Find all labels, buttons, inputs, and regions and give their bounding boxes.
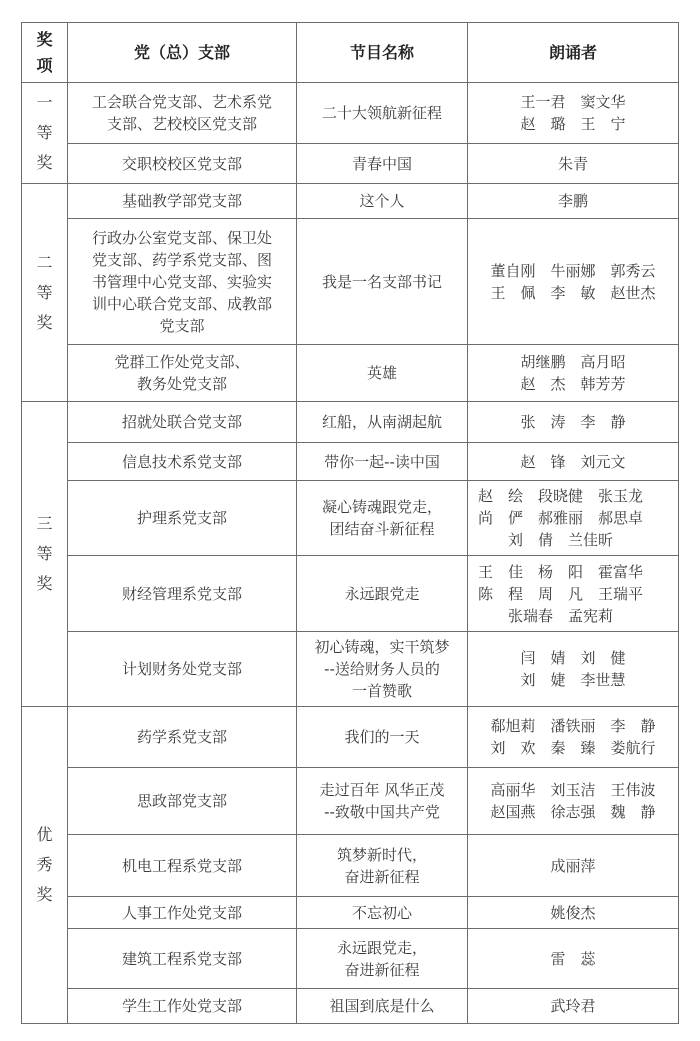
- reciters-cell: 王 佳 杨 阳 霍富华陈 程 周 凡 王瑞平 张瑞春 孟宪莉: [468, 556, 679, 632]
- award-level-char: 奖: [22, 148, 67, 178]
- table-row: 行政办公室党支部、保卫处党支部、药学系党支部、图书管理中心党支部、实验实训中心联…: [22, 219, 679, 345]
- program-cell: 我是一名支部书记: [297, 219, 468, 345]
- reciters-cell: 张 涛 李 静: [468, 402, 679, 443]
- reciters-cell: 董自刚 牛丽娜 郭秀云王 佩 李 敏 赵世杰: [468, 219, 679, 345]
- branch-cell: 工会联合党支部、艺术系党支部、艺校校区党支部: [68, 83, 297, 144]
- program-line: 永远跟党走，: [301, 937, 463, 959]
- table-row: 思政部党支部走过百年 风华正茂--致敬中国共产党高丽华 刘玉洁 王伟波赵国燕 徐…: [22, 768, 679, 835]
- program-cell: 走过百年 风华正茂--致敬中国共产党: [297, 768, 468, 835]
- award-level-char: 等: [22, 278, 67, 308]
- program-line: 祖国到底是什么: [301, 995, 463, 1017]
- award-level-cell: 一等奖: [22, 83, 68, 184]
- reciters-line: 赵 杰 韩芳芳: [472, 373, 674, 395]
- reciters-cell: 朱青: [468, 144, 679, 184]
- table-row: 交职校校区党支部青春中国朱青: [22, 144, 679, 184]
- program-line: --送给财务人员的: [301, 658, 463, 680]
- branch-cell: 党群工作处党支部、教务处党支部: [68, 345, 297, 402]
- program-line: 我们的一天: [301, 726, 463, 748]
- award-level-char: 一: [22, 88, 67, 118]
- program-line: 奋进新征程: [301, 959, 463, 981]
- reciters-line: 刘 婕 李世慧: [472, 669, 674, 691]
- program-cell: 青春中国: [297, 144, 468, 184]
- reciters-cell: 赵 锋 刘元文: [468, 443, 679, 481]
- branch-cell: 机电工程系党支部: [68, 835, 297, 897]
- reciters-line: 闫 婧 刘 健: [472, 647, 674, 669]
- program-cell: 英雄: [297, 345, 468, 402]
- reciters-cell: 郗旭莉 潘铁丽 李 静刘 欢 秦 臻 娄航行: [468, 707, 679, 768]
- program-line: 红船，从南湖起航: [301, 411, 463, 433]
- header-branch: 党（总）支部: [68, 23, 297, 83]
- branch-line: 信息技术系党支部: [72, 451, 292, 473]
- reciters-cell: 武玲君: [468, 989, 679, 1024]
- reciters-cell: 高丽华 刘玉洁 王伟波赵国燕 徐志强 魏 静: [468, 768, 679, 835]
- program-cell: 我们的一天: [297, 707, 468, 768]
- branch-cell: 计划财务处党支部: [68, 632, 297, 707]
- reciters-cell: 雷 蕊: [468, 929, 679, 989]
- program-line: 这个人: [301, 190, 463, 212]
- branch-cell: 交职校校区党支部: [68, 144, 297, 184]
- branch-cell: 学生工作处党支部: [68, 989, 297, 1024]
- program-cell: 祖国到底是什么: [297, 989, 468, 1024]
- branch-line: 人事工作处党支部: [72, 902, 292, 924]
- reciters-line: 李鹏: [472, 190, 674, 212]
- branch-line: 支部、艺校校区党支部: [72, 113, 292, 135]
- branch-cell: 思政部党支部: [68, 768, 297, 835]
- branch-cell: 信息技术系党支部: [68, 443, 297, 481]
- header-award: 奖 项: [22, 23, 68, 83]
- reciters-line: 成丽萍: [472, 855, 674, 877]
- branch-line: 工会联合党支部、艺术系党: [72, 91, 292, 113]
- branch-line: 思政部党支部: [72, 790, 292, 812]
- program-cell: 这个人: [297, 184, 468, 219]
- reciters-line: 张 涛 李 静: [472, 411, 674, 433]
- branch-line: 药学系党支部: [72, 726, 292, 748]
- branch-cell: 人事工作处党支部: [68, 897, 297, 929]
- reciters-line: 赵 绘 段晓健 张玉龙: [472, 485, 674, 507]
- reciters-line: 郗旭莉 潘铁丽 李 静: [472, 715, 674, 737]
- table-row: 一等奖工会联合党支部、艺术系党支部、艺校校区党支部二十大领航新征程王一君 窦文华…: [22, 83, 679, 144]
- table-row: 护理系党支部凝心铸魂跟党走，团结奋斗新征程赵 绘 段晓健 张玉龙尚 俨 郝雅丽 …: [22, 481, 679, 556]
- reciters-line: 赵国燕 徐志强 魏 静: [472, 801, 674, 823]
- table-row: 财经管理系党支部永远跟党走王 佳 杨 阳 霍富华陈 程 周 凡 王瑞平 张瑞春 …: [22, 556, 679, 632]
- award-level-cell: 二等奖: [22, 184, 68, 402]
- branch-line: 护理系党支部: [72, 507, 292, 529]
- program-cell: 筑梦新时代，奋进新征程: [297, 835, 468, 897]
- reciters-line: 刘 倩 兰佳昕: [472, 529, 674, 551]
- header-reciters: 朗诵者: [468, 23, 679, 83]
- award-level-char: 等: [22, 539, 67, 569]
- program-cell: 带你一起--读中国: [297, 443, 468, 481]
- program-cell: 二十大领航新征程: [297, 83, 468, 144]
- table-row: 三等奖招就处联合党支部红船，从南湖起航张 涛 李 静: [22, 402, 679, 443]
- reciters-line: 刘 欢 秦 臻 娄航行: [472, 737, 674, 759]
- reciters-cell: 赵 绘 段晓健 张玉龙尚 俨 郝雅丽 郝思卓 刘 倩 兰佳昕: [468, 481, 679, 556]
- award-level-char: 等: [22, 118, 67, 148]
- award-level-char: 二: [22, 248, 67, 278]
- table-row: 人事工作处党支部不忘初心姚俊杰: [22, 897, 679, 929]
- award-level-char: 奖: [22, 880, 67, 910]
- program-line: 初心铸魂，实干筑梦: [301, 636, 463, 658]
- branch-line: 党支部、药学系党支部、图: [72, 249, 292, 271]
- reciters-line: 张瑞春 孟宪莉: [472, 605, 674, 627]
- table-body: 一等奖工会联合党支部、艺术系党支部、艺校校区党支部二十大领航新征程王一君 窦文华…: [22, 83, 679, 1024]
- reciters-cell: 闫 婧 刘 健刘 婕 李世慧: [468, 632, 679, 707]
- header-program: 节目名称: [297, 23, 468, 83]
- reciters-line: 高丽华 刘玉洁 王伟波: [472, 779, 674, 801]
- program-line: --致敬中国共产党: [301, 801, 463, 823]
- branch-cell: 建筑工程系党支部: [68, 929, 297, 989]
- program-line: 走过百年 风华正茂: [301, 779, 463, 801]
- table-row: 党群工作处党支部、教务处党支部英雄胡继鹏 高月昭赵 杰 韩芳芳: [22, 345, 679, 402]
- award-level-char: 三: [22, 509, 67, 539]
- program-line: 我是一名支部书记: [301, 271, 463, 293]
- program-line: 奋进新征程: [301, 866, 463, 888]
- program-cell: 永远跟党走: [297, 556, 468, 632]
- table-row: 学生工作处党支部祖国到底是什么武玲君: [22, 989, 679, 1024]
- branch-line: 计划财务处党支部: [72, 658, 292, 680]
- table-row: 建筑工程系党支部永远跟党走，奋进新征程雷 蕊: [22, 929, 679, 989]
- reciters-line: 王 佳 杨 阳 霍富华: [472, 561, 674, 583]
- award-level-cell: 优秀奖: [22, 707, 68, 1024]
- table-row: 机电工程系党支部筑梦新时代，奋进新征程成丽萍: [22, 835, 679, 897]
- award-level-cell: 三等奖: [22, 402, 68, 707]
- branch-line: 行政办公室党支部、保卫处: [72, 227, 292, 249]
- program-line: 一首赞歌: [301, 680, 463, 702]
- branch-cell: 护理系党支部: [68, 481, 297, 556]
- branch-line: 招就处联合党支部: [72, 411, 292, 433]
- branch-line: 党支部: [72, 315, 292, 337]
- branch-line: 财经管理系党支部: [72, 583, 292, 605]
- program-cell: 不忘初心: [297, 897, 468, 929]
- reciters-cell: 成丽萍: [468, 835, 679, 897]
- table-row: 信息技术系党支部带你一起--读中国赵 锋 刘元文: [22, 443, 679, 481]
- awards-table: 奖 项 党（总）支部 节目名称 朗诵者 一等奖工会联合党支部、艺术系党支部、艺校…: [21, 22, 679, 1024]
- program-line: 英雄: [301, 362, 463, 384]
- program-cell: 初心铸魂，实干筑梦--送给财务人员的一首赞歌: [297, 632, 468, 707]
- award-level-char: 秀: [22, 850, 67, 880]
- reciters-line: 雷 蕊: [472, 948, 674, 970]
- branch-cell: 基础教学部党支部: [68, 184, 297, 219]
- program-cell: 凝心铸魂跟党走，团结奋斗新征程: [297, 481, 468, 556]
- reciters-line: 王一君 窦文华: [472, 91, 674, 113]
- table-row: 优秀奖药学系党支部我们的一天郗旭莉 潘铁丽 李 静刘 欢 秦 臻 娄航行: [22, 707, 679, 768]
- branch-line: 学生工作处党支部: [72, 995, 292, 1017]
- table-row: 二等奖基础教学部党支部这个人李鹏: [22, 184, 679, 219]
- program-line: 凝心铸魂跟党走，: [301, 496, 463, 518]
- branch-line: 机电工程系党支部: [72, 855, 292, 877]
- header-award-line1: 奖: [26, 27, 63, 53]
- reciters-cell: 姚俊杰: [468, 897, 679, 929]
- reciters-cell: 王一君 窦文华赵 璐 王 宁: [468, 83, 679, 144]
- header-award-line2: 项: [26, 53, 63, 79]
- reciters-line: 王 佩 李 敏 赵世杰: [472, 282, 674, 304]
- program-line: 团结奋斗新征程: [301, 518, 463, 540]
- reciters-line: 胡继鹏 高月昭: [472, 351, 674, 373]
- award-level-char: 奖: [22, 308, 67, 338]
- reciters-line: 赵 璐 王 宁: [472, 113, 674, 135]
- reciters-line: 朱青: [472, 153, 674, 175]
- reciters-cell: 李鹏: [468, 184, 679, 219]
- reciters-line: 尚 俨 郝雅丽 郝思卓: [472, 507, 674, 529]
- program-cell: 永远跟党走，奋进新征程: [297, 929, 468, 989]
- reciters-line: 武玲君: [472, 995, 674, 1017]
- award-level-char: 奖: [22, 569, 67, 599]
- reciters-cell: 胡继鹏 高月昭赵 杰 韩芳芳: [468, 345, 679, 402]
- program-line: 筑梦新时代，: [301, 844, 463, 866]
- reciters-line: 董自刚 牛丽娜 郭秀云: [472, 260, 674, 282]
- branch-cell: 行政办公室党支部、保卫处党支部、药学系党支部、图书管理中心党支部、实验实训中心联…: [68, 219, 297, 345]
- branch-line: 基础教学部党支部: [72, 190, 292, 212]
- branch-cell: 财经管理系党支部: [68, 556, 297, 632]
- branch-line: 书管理中心党支部、实验实: [72, 271, 292, 293]
- branch-cell: 招就处联合党支部: [68, 402, 297, 443]
- reciters-line: 姚俊杰: [472, 902, 674, 924]
- branch-line: 交职校校区党支部: [72, 153, 292, 175]
- branch-line: 教务处党支部: [72, 373, 292, 395]
- program-cell: 红船，从南湖起航: [297, 402, 468, 443]
- program-line: 带你一起--读中国: [301, 451, 463, 473]
- program-line: 永远跟党走: [301, 583, 463, 605]
- branch-cell: 药学系党支部: [68, 707, 297, 768]
- table-row: 计划财务处党支部初心铸魂，实干筑梦--送给财务人员的一首赞歌闫 婧 刘 健刘 婕…: [22, 632, 679, 707]
- program-line: 不忘初心: [301, 902, 463, 924]
- header-row: 奖 项 党（总）支部 节目名称 朗诵者: [22, 23, 679, 83]
- program-line: 青春中国: [301, 153, 463, 175]
- branch-line: 训中心联合党支部、成教部: [72, 293, 292, 315]
- award-level-char: 优: [22, 820, 67, 850]
- branch-line: 党群工作处党支部、: [72, 351, 292, 373]
- reciters-line: 陈 程 周 凡 王瑞平: [472, 583, 674, 605]
- program-line: 二十大领航新征程: [301, 102, 463, 124]
- branch-line: 建筑工程系党支部: [72, 948, 292, 970]
- reciters-line: 赵 锋 刘元文: [472, 451, 674, 473]
